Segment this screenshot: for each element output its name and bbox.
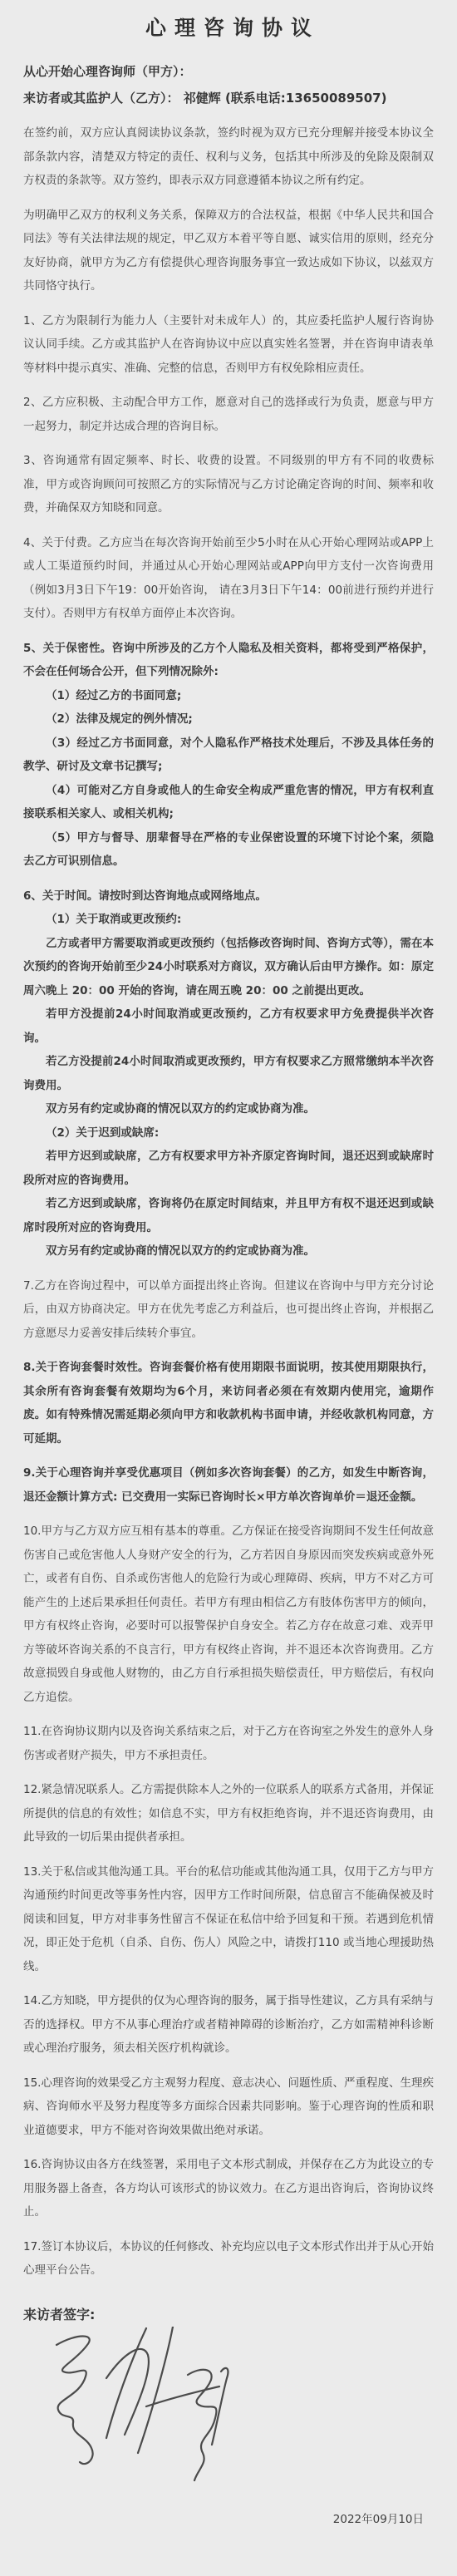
agreement-line: 12.紧急情况联系人。乙方需提供除本人之外的一位联系人的联系方式备用，并保证所提… bbox=[23, 1778, 434, 1849]
agreement-block: 14.乙方知晓，甲方提供的仅为心理咨询的服务，属于指导性建议，乙方具有采纳与否的… bbox=[23, 1989, 434, 2061]
agreement-body: 在签约前，双方应认真阅读协议条款，签约时视为双方已充分理解并接受本协议全部条款内… bbox=[23, 121, 434, 2283]
agreement-line: 13.关于私信或其他沟通工具。平台的私信功能或其他沟通工具，仅用于乙方与甲方沟通… bbox=[23, 1860, 434, 1979]
agreement-block: 8.关于咨询套餐时效性。咨询套餐价格有使用期限书面说明，按其使用期限执行，其余所… bbox=[23, 1356, 434, 1451]
agreement-block: 7.乙方在咨询过程中，可以单方面提出终止咨询。但建议在咨询中与甲方充分讨论后，由… bbox=[23, 1274, 434, 1346]
agreement-line: 2、乙方应积极、主动配合甲方工作，愿意对自己的选择或行为负责，愿意与甲方一起努力… bbox=[23, 391, 434, 438]
signature-date: 2022年09月10日 bbox=[23, 2510, 434, 2526]
agreement-block: 13.关于私信或其他沟通工具。平台的私信功能或其他沟通工具，仅用于乙方与甲方沟通… bbox=[23, 1860, 434, 1979]
agreement-block: 1、乙方为限制行为能力人（主要针对未成年人）的，其应委托监护人履行咨询协议认同手… bbox=[23, 309, 434, 381]
agreement-line: 5、关于保密性。咨询中所涉及的乙方个人隐私及相关资料，都将受到严格保护，不会在任… bbox=[23, 637, 434, 684]
party-a-line: 从心开始心理咨询师（甲方）： bbox=[23, 60, 434, 83]
agreement-line: （4）可能对乙方自身或他人的生命安全构成严重危害的情况，甲方有权利直接联系相关家… bbox=[23, 779, 434, 826]
agreement-line: 11.在咨询协议期内以及咨询关系结束之后，对于乙方在咨询室之外发生的意外人身伤害… bbox=[23, 1720, 434, 1767]
agreement-line: 16.咨询协议由各方在线签署，采用电子文本形式制成，并保存在乙方为此设立的专用服… bbox=[23, 2153, 434, 2224]
agreement-line: （3）经过乙方书面同意，对个人隐私作严格技术处理后，不涉及具体任务的教学、研讨及… bbox=[23, 731, 434, 779]
agreement-block: 为明确甲乙双方的权利义务关系，保障双方的合法权益，根据《中华人民共和国合同法》等… bbox=[23, 204, 434, 298]
agreement-block: 3、咨询通常有固定频率、时长、收费的设置。不同级别的甲方有不同的收费标准，甲方或… bbox=[23, 449, 434, 520]
agreement-line: 9.关于心理咨询并享受优惠项目（例如多次咨询套餐）的乙方，如发生中断咨询，退还金… bbox=[23, 1461, 434, 1509]
agreement-line: 在签约前，双方应认真阅读协议条款，签约时视为双方已充分理解并接受本协议全部条款内… bbox=[23, 121, 434, 193]
agreement-line: （5）甲方与督导、朋辈督导在严格的专业保密设置的环境下讨论个案，须隐去乙方可识别… bbox=[23, 826, 434, 874]
agreement-line: 1、乙方为限制行为能力人（主要针对未成年人）的，其应委托监护人履行咨询协议认同手… bbox=[23, 309, 434, 381]
agreement-line: 若乙方没提前24小时间取消或更改预约，甲方有权要求乙方照常缴纳本半次咨询费用。 bbox=[23, 1050, 434, 1097]
page-title: 心理咨询协议 bbox=[23, 12, 434, 42]
agreement-line: 14.乙方知晓，甲方提供的仅为心理咨询的服务，属于指导性建议，乙方具有采纳与否的… bbox=[23, 1989, 434, 2061]
agreement-block: 17.签订本协议后，本协议的任何修改、补充均应以电子文本形式作出并于从心开始心理… bbox=[23, 2235, 434, 2283]
agreement-line: 3、咨询通常有固定频率、时长、收费的设置。不同级别的甲方有不同的收费标准，甲方或… bbox=[23, 449, 434, 520]
agreement-line: 乙方或者甲方需要取消或更改预约（包括修改咨询时间、咨询方式等），需在本次预约的咨… bbox=[23, 932, 434, 1003]
agreement-line: 若乙方迟到或缺席，咨询将仍在原定时间结束，并且甲方有权不退还迟到或缺席时段所对应… bbox=[23, 1192, 434, 1239]
agreement-page: 心理咨询协议 从心开始心理咨询师（甲方）： 来访者或其监护人（乙方）： 祁健辉 … bbox=[0, 0, 457, 2576]
handwritten-signature-icon bbox=[48, 2327, 256, 2501]
agreement-line: 8.关于咨询套餐时效性。咨询套餐价格有使用期限书面说明，按其使用期限执行，其余所… bbox=[23, 1356, 434, 1451]
agreement-line: （2）关于迟到或缺席: bbox=[23, 1121, 434, 1145]
visitor-signature-image bbox=[48, 2327, 434, 2503]
agreement-line: 为明确甲乙双方的权利义务关系，保障双方的合法权益，根据《中华人民共和国合同法》等… bbox=[23, 204, 434, 298]
agreement-line: 17.签订本协议后，本协议的任何修改、补充均应以电子文本形式作出并于从心开始心理… bbox=[23, 2235, 434, 2283]
agreement-line: （1）经过乙方的书面同意; bbox=[23, 684, 434, 708]
agreement-block: 在签约前，双方应认真阅读协议条款，签约时视为双方已充分理解并接受本协议全部条款内… bbox=[23, 121, 434, 193]
agreement-block: 12.紧急情况联系人。乙方需提供除本人之外的一位联系人的联系方式备用，并保证所提… bbox=[23, 1778, 434, 1849]
signature-label: 来访者签字: bbox=[23, 2304, 434, 2323]
agreement-line: 若甲方没提前24小时间取消或更改预约，乙方有权要求甲方免费提供半次咨询。 bbox=[23, 1002, 434, 1050]
agreement-block: 2、乙方应积极、主动配合甲方工作，愿意对自己的选择或行为负责，愿意与甲方一起努力… bbox=[23, 391, 434, 438]
agreement-block: 16.咨询协议由各方在线签署，采用电子文本形式制成，并保存在乙方为此设立的专用服… bbox=[23, 2153, 434, 2224]
agreement-line: 15.心理咨询的效果受乙方主观努力程度、意志决心、问题性质、严重程度、生理疾病、… bbox=[23, 2071, 434, 2143]
agreement-line: 4、关于付费。乙方应当在每次咨询开始前至少5小时在从心开始心理网站或APP上或人… bbox=[23, 531, 434, 626]
agreement-line: 10.甲方与乙方双方应互相有基本的尊重。乙方保证在接受咨询期间不发生任何故意伤害… bbox=[23, 1519, 434, 1709]
agreement-block: 6、关于时间。请按时到达咨询地点或网络地点。（1）关于取消或更改预约:乙方或者甲… bbox=[23, 884, 434, 1263]
agreement-line: 6、关于时间。请按时到达咨询地点或网络地点。 bbox=[23, 884, 434, 909]
party-b-line: 来访者或其监护人（乙方）： 祁健辉 (联系电话:13650089507) bbox=[23, 86, 434, 110]
agreement-line: 双方另有约定或协商的情况以双方的约定或协商为准。 bbox=[23, 1097, 434, 1121]
agreement-block: 5、关于保密性。咨询中所涉及的乙方个人隐私及相关资料，都将受到严格保护，不会在任… bbox=[23, 637, 434, 874]
agreement-line: （1）关于取消或更改预约: bbox=[23, 908, 434, 932]
agreement-line: 双方另有约定或协商的情况以双方的约定或协商为准。 bbox=[23, 1239, 434, 1263]
agreement-block: 9.关于心理咨询并享受优惠项目（例如多次咨询套餐）的乙方，如发生中断咨询，退还金… bbox=[23, 1461, 434, 1509]
agreement-block: 10.甲方与乙方双方应互相有基本的尊重。乙方保证在接受咨询期间不发生任何故意伤害… bbox=[23, 1519, 434, 1709]
agreement-line: 若甲方迟到或缺席，乙方有权要求甲方补齐原定咨询时间，退还迟到或缺席时段所对应的咨… bbox=[23, 1145, 434, 1192]
agreement-line: （2）法律及规定的例外情况; bbox=[23, 707, 434, 731]
agreement-line: 7.乙方在咨询过程中，可以单方面提出终止咨询。但建议在咨询中与甲方充分讨论后，由… bbox=[23, 1274, 434, 1346]
agreement-block: 4、关于付费。乙方应当在每次咨询开始前至少5小时在从心开始心理网站或APP上或人… bbox=[23, 531, 434, 626]
agreement-block: 15.心理咨询的效果受乙方主观努力程度、意志决心、问题性质、严重程度、生理疾病、… bbox=[23, 2071, 434, 2143]
